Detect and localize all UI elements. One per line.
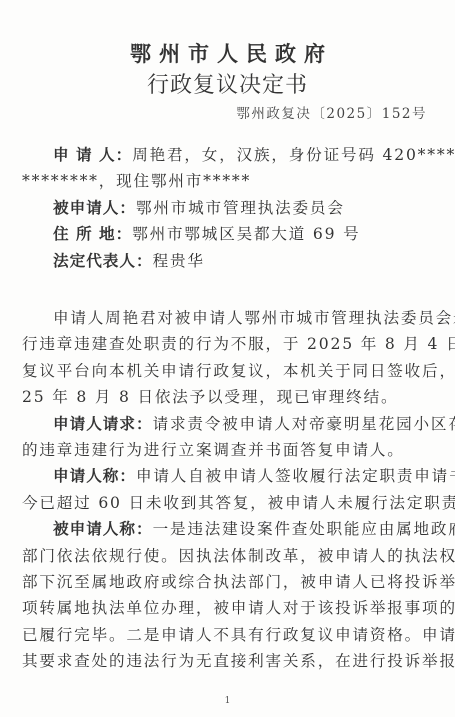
intro-paragraph: 申请人周艳君对被申请人鄂州市城市管理执法委员会未履 行违章违建查处职责的行为不服…: [22, 305, 430, 411]
paragraph-line: 其要求查处的违法行为无直接利害关系，在进行投诉举报时亦: [22, 648, 430, 674]
legal-rep-label: 法定代表人：: [53, 252, 153, 270]
document-page: 鄂州市人民政府 行政复议决定书 鄂州政复决〔2025〕152号 申 请 人：周艳…: [0, 0, 455, 717]
paragraph-line: 申请人周艳君对被申请人鄂州市城市管理执法委员会未履: [22, 305, 430, 331]
respondent-claim-paragraph: 被申请人称：一是违法建设案件查处职能应由属地政府或 部门依法依规行使。因执法体制…: [22, 516, 430, 674]
document-number: 鄂州政复决〔2025〕152号: [236, 102, 427, 122]
page-number: 1: [0, 696, 455, 706]
respondent-claim-label: 被申请人称：: [53, 520, 153, 538]
respondent-line: 被申请人：鄂州市城市管理执法委员会: [22, 195, 430, 221]
applicant-claim-text: 申请人自被申请人签收履行法定职责申请书至: [136, 467, 455, 485]
applicant-label: 申 请 人：: [53, 146, 132, 164]
paragraph-line: 被申请人称：一是违法建设案件查处职能应由属地政府或: [22, 516, 430, 542]
respondent-label: 被申请人：: [53, 199, 136, 217]
paragraph-line: 申请人请求：请求责令被申请人对帝豪明星花园小区存在: [22, 411, 430, 437]
applicant-info-cont: ********，现住鄂州市*****: [22, 172, 251, 190]
document-type-title: 行政复议决定书: [0, 68, 455, 99]
paragraph-line: 申请人称：申请人自被申请人签收履行法定职责申请书至: [22, 463, 430, 489]
paragraph-line: 行违章违建查处职责的行为不服，于 2025 年 8 月 4 日通过行政: [22, 331, 430, 357]
applicant-info: 周艳君，女，汉族，身份证号码 420********: [132, 146, 455, 164]
paragraph-line: 项转属地执法单位办理，被申请人对于该投诉举报事项的职责: [22, 595, 430, 621]
request-text: 请求责令被申请人对帝豪明星花园小区存在: [153, 415, 455, 433]
paragraph-line: 复议平台向本机关申请行政复议，本机关于同日签收后，于 20: [22, 358, 430, 384]
applicant-claim-label: 申请人称：: [53, 467, 136, 485]
applicant-line: 申 请 人：周艳君，女，汉族，身份证号码 420********: [22, 142, 430, 168]
legal-rep-name: 程贵华: [153, 252, 205, 270]
respondent-claim-text: 一是违法建设案件查处职能应由属地政府或: [153, 520, 455, 538]
address-value: 鄂州市鄂城区吴都大道 69 号: [132, 225, 360, 243]
issuer-title: 鄂州市人民政府: [0, 38, 455, 68]
applicant-line-cont: ********，现住鄂州市*****: [22, 168, 430, 194]
paragraph-line: 25 年 8 月 8 日依法予以受理，现已审理终结。: [22, 384, 430, 410]
paragraph-line: 部下沉至属地政府或综合执法部门，被申请人已将投诉举报事: [22, 569, 430, 595]
request-paragraph: 申请人请求：请求责令被申请人对帝豪明星花园小区存在 的违章违建行为进行立案调查并…: [22, 411, 430, 464]
request-label: 申请人请求：: [53, 415, 153, 433]
paragraph-line: 的违章违建行为进行立案调查并书面答复申请人。: [22, 437, 430, 463]
address-line: 住 所 地：鄂州市鄂城区吴都大道 69 号: [22, 221, 430, 247]
paragraph-line: 今已超过 60 日未收到其答复，被申请人未履行法定职责。: [22, 490, 430, 516]
parties-section: 申 请 人：周艳君，女，汉族，身份证号码 420******** *******…: [22, 142, 430, 274]
legal-rep-line: 法定代表人：程贵华: [22, 248, 430, 274]
paragraph-line: 部门依法依规行使。因执法体制改革，被申请人的执法权已全: [22, 543, 430, 569]
applicant-claim-paragraph: 申请人称：申请人自被申请人签收履行法定职责申请书至 今已超过 60 日未收到其答…: [22, 463, 430, 516]
paragraph-line: 已履行完毕。二是申请人不具有行政复议申请资格。申请人与: [22, 622, 430, 648]
address-label: 住 所 地：: [53, 225, 132, 243]
respondent-name: 鄂州市城市管理执法委员会: [136, 199, 345, 217]
